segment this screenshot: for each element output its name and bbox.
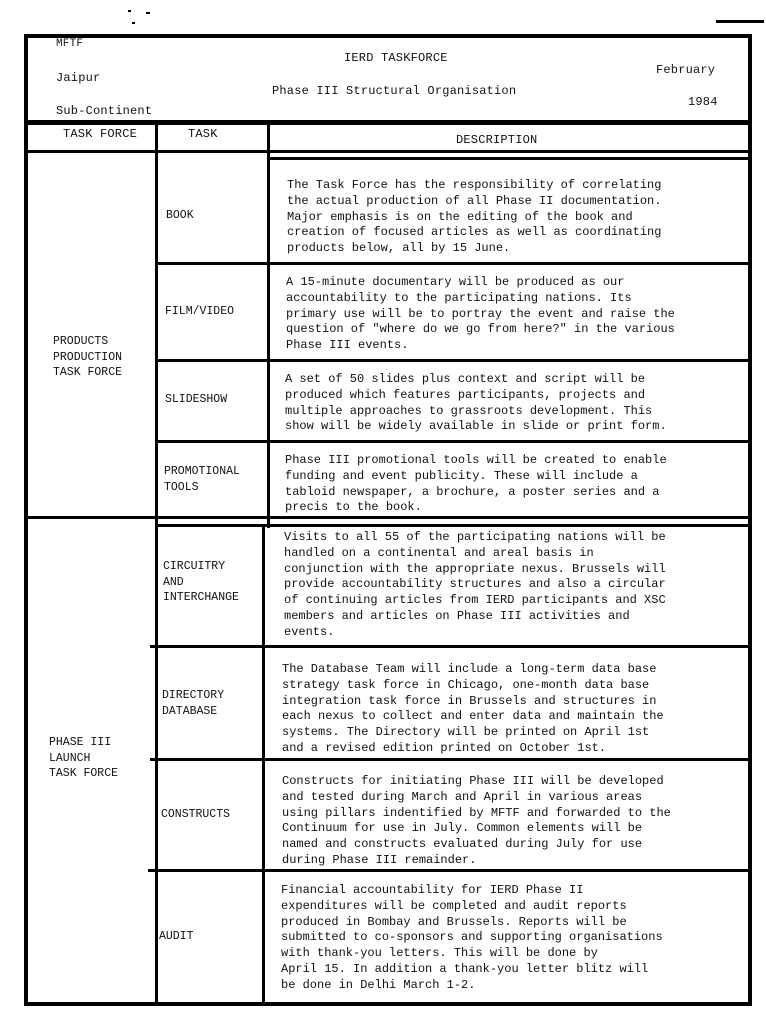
header-year: 1984 — [688, 95, 718, 109]
task-label: SLIDESHOW — [165, 392, 227, 408]
task-label: PROMOTIONAL TOOLS — [164, 464, 240, 495]
task-label: BOOK — [166, 208, 194, 224]
row-divider — [155, 524, 752, 527]
scan-mark — [132, 22, 135, 24]
task-description: The Database Team will include a long-te… — [282, 662, 664, 757]
task-description: A set of 50 slides plus context and scri… — [285, 372, 667, 435]
region-name: Sub-Continent — [56, 104, 152, 118]
row-divider — [148, 869, 752, 872]
city-name: Jaipur — [56, 71, 100, 85]
task-label: FILM/VIDEO — [165, 304, 234, 320]
task-label: CONSTRUCTS — [161, 807, 230, 823]
row-divider — [155, 359, 752, 362]
task-description: A 15-minute documentary will be produced… — [286, 275, 675, 354]
document-title: IERD TASKFORCE — [344, 51, 448, 65]
task-description: Financial accountability for IERD Phase … — [281, 883, 663, 994]
column-divider-2 — [267, 122, 270, 528]
row-divider — [155, 262, 752, 265]
task-force-label: PRODUCTS PRODUCTION TASK FORCE — [53, 334, 122, 381]
task-label: AUDIT — [159, 929, 194, 945]
task-description: The Task Force has the responsibility of… — [287, 178, 661, 257]
row-divider — [150, 758, 752, 761]
task-description: Phase III promotional tools will be crea… — [285, 453, 667, 516]
group-divider — [24, 516, 752, 519]
description-header-divider — [268, 157, 752, 160]
task-label: DIRECTORY DATABASE — [162, 688, 224, 719]
header-divider — [24, 120, 752, 125]
task-description: Constructs for initiating Phase III will… — [282, 774, 671, 869]
column-header-task-force: TASK FORCE — [63, 127, 137, 141]
document-subtitle: Phase III Structural Organisation — [272, 84, 516, 98]
scan-mark — [128, 10, 131, 12]
task-description: Visits to all 55 of the participating na… — [284, 530, 666, 641]
column-header-divider — [24, 150, 752, 153]
row-divider — [150, 645, 752, 648]
document-page: MFTF Jaipur Sub-Continent IERD TASKFORCE… — [0, 0, 766, 1022]
scan-mark — [716, 20, 764, 23]
task-force-label: PHASE III LAUNCH TASK FORCE — [49, 735, 118, 782]
column-divider-2b — [262, 526, 265, 1004]
task-label: CIRCUITRY AND INTERCHANGE — [163, 559, 239, 606]
column-header-task: TASK — [188, 127, 218, 141]
header-month: February — [656, 63, 715, 77]
row-divider — [155, 440, 752, 443]
org-name: MFTF — [56, 38, 83, 50]
scan-mark — [146, 12, 150, 14]
column-header-description: DESCRIPTION — [456, 133, 537, 147]
